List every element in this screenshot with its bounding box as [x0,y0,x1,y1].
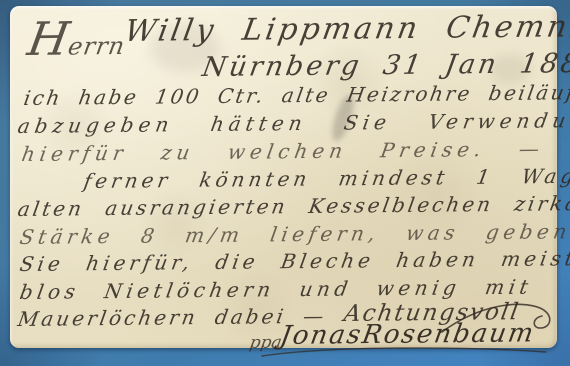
postcard: Herrn Willy Lippmann Chemnitz Nürnberg 3… [10,6,557,348]
signature: JonasRosenbaum [278,318,537,351]
body-line: Sie hierfür, die Bleche haben meist [18,246,570,276]
body-line: abzugeben hätten Sie Verwendung [16,108,570,138]
addressee-line: Willy Lippmann Chemnitz [122,9,570,49]
body-line: ferner könnten mindest 1 Wagg [82,164,570,193]
body-line: hierfür zu welchen Preise. — [20,137,546,166]
dateline: Nürnberg 31 Jan 1888 [200,48,570,83]
body-line: alten ausrangierten Kesselblechen zirka [16,191,570,221]
photo-background: Herrn Willy Lippmann Chemnitz Nürnberg 3… [0,0,570,366]
body-line: ich habe 100 Ctr. alte Heizrohre beiläuf… [22,80,570,110]
salutation-prefix: Herrn [24,11,131,66]
body-line: Stärke 8 m/m liefern, was geben [18,219,570,249]
